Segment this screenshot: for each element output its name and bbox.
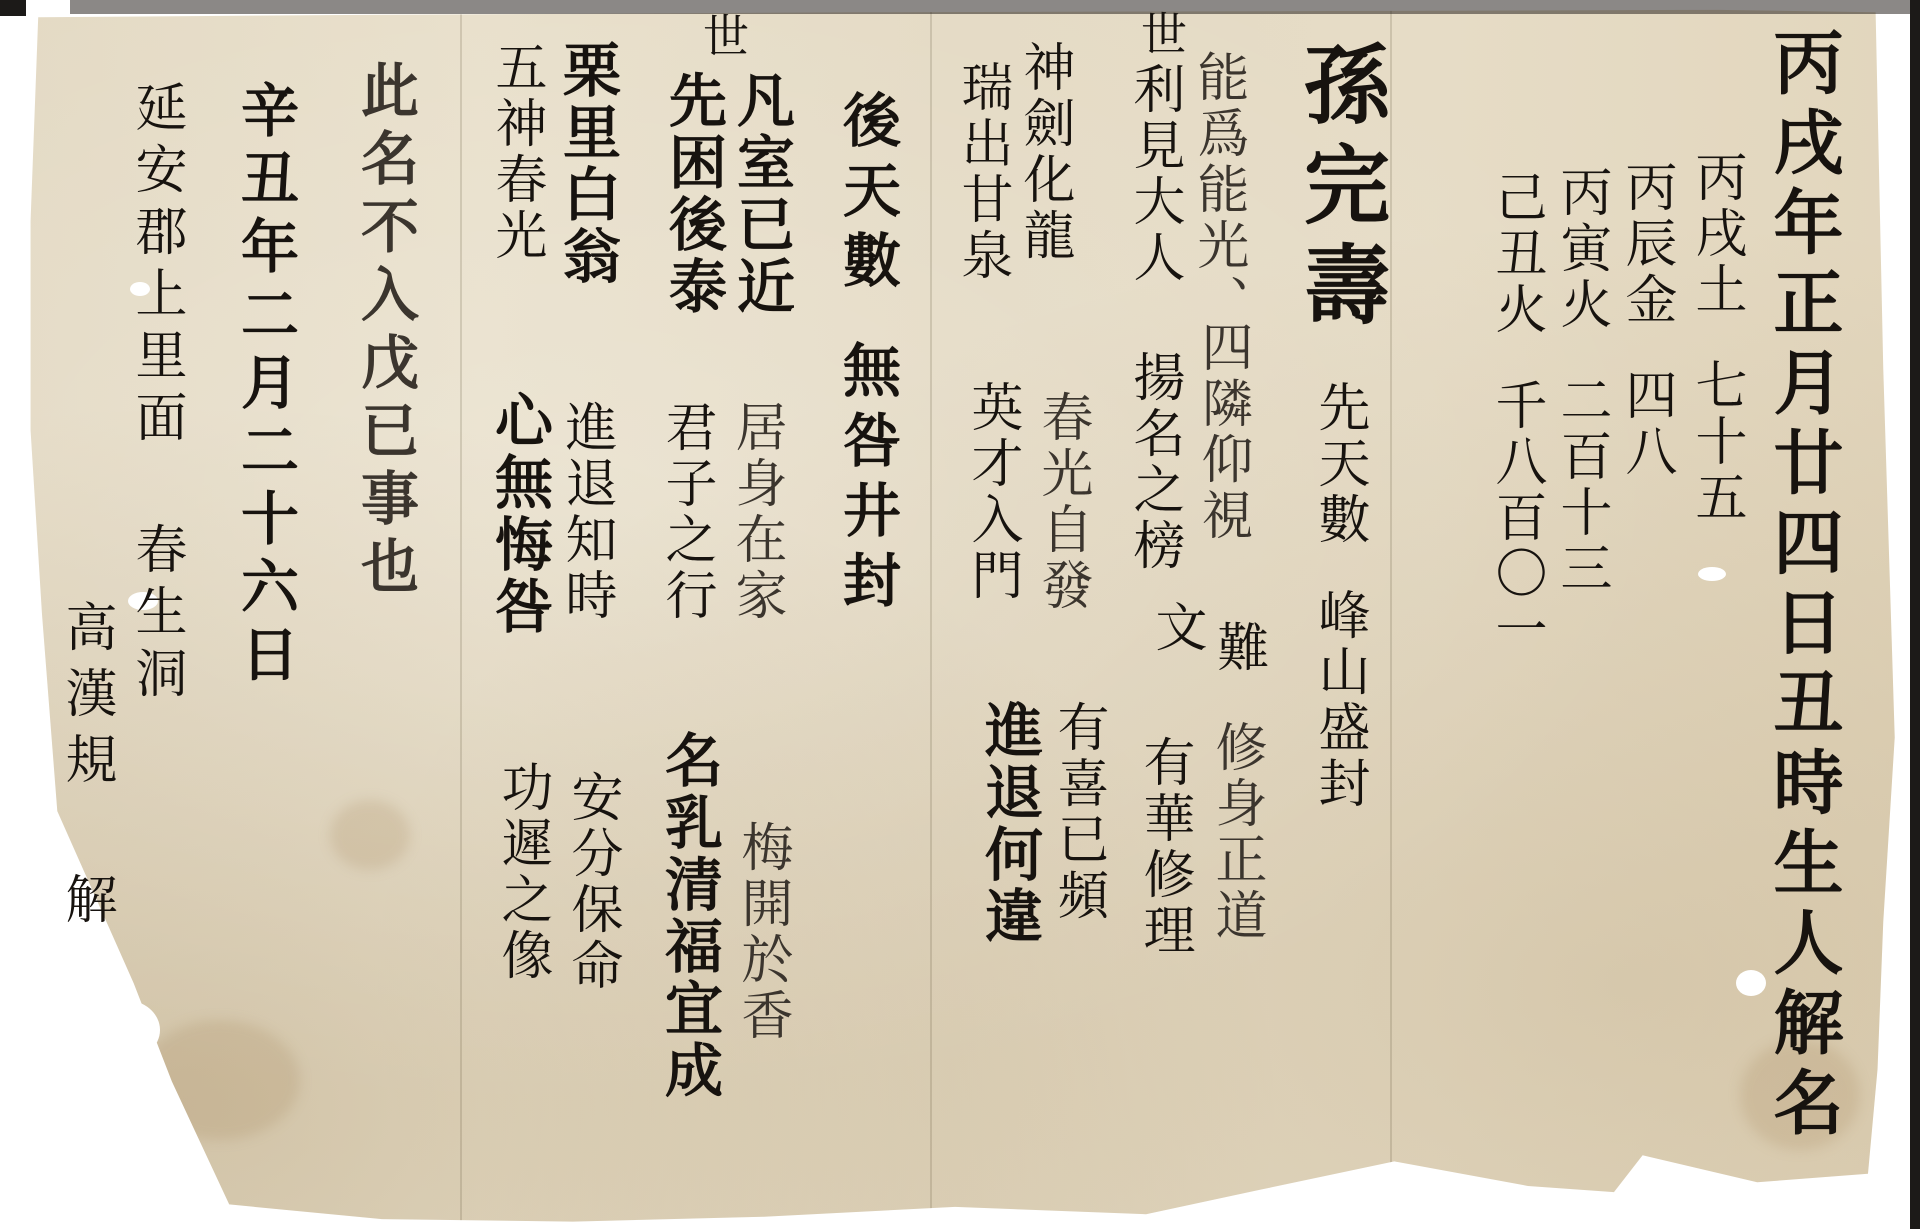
verse-4-line-d: 居身在家 bbox=[730, 400, 782, 624]
document-author: 高漢規 解 bbox=[60, 600, 112, 938]
scan-edge bbox=[70, 0, 1920, 14]
formula-label: 先天數 bbox=[1309, 380, 1369, 548]
pillar: 丙辰金 bbox=[1616, 160, 1676, 328]
verse-1-line-f: 難 bbox=[1212, 620, 1264, 676]
verse-1-line-a: 利見大人 bbox=[1128, 62, 1180, 286]
pillar: 丙寅火 bbox=[1551, 165, 1611, 333]
verse-1-line-c: 揚名之榜 bbox=[1128, 350, 1180, 574]
birth-chart-row-2: 丙辰金四八 bbox=[1620, 160, 1672, 480]
person-name: 孫完壽 bbox=[1289, 40, 1390, 340]
verse-4-line-e: 名乳清福宜成 bbox=[660, 730, 718, 1102]
document-place: 延安郡上里面 春生洞 bbox=[130, 80, 182, 708]
verse-5-line-f: 安分保命 bbox=[566, 770, 618, 994]
scan-edge bbox=[1910, 0, 1920, 1229]
formula-value: 峰山盛封 bbox=[1309, 588, 1369, 812]
verse-3-column: 後天數無咎井封 bbox=[838, 90, 896, 620]
fold-line bbox=[930, 0, 932, 1229]
verse-2-line-d: 春光自發 bbox=[1036, 390, 1088, 614]
verse-4-line-a: 先困後泰 bbox=[664, 70, 722, 318]
fold-line bbox=[460, 0, 462, 1229]
main-reading-column: 孫完壽先天數峰山盛封 bbox=[1296, 40, 1382, 812]
number: 七十五 bbox=[1686, 358, 1746, 526]
water-stain bbox=[330, 800, 410, 870]
verse-5-line-e: 功遲之像 bbox=[496, 760, 548, 984]
birth-chart-row-4: 己丑火千八百〇一 bbox=[1490, 170, 1542, 658]
pillar: 己丑火 bbox=[1486, 170, 1546, 338]
verse-5-line-d: 進退知時 bbox=[560, 400, 612, 624]
number: 四八 bbox=[1616, 368, 1676, 480]
document-title: 丙戌年正月廿四日丑時生人解名 bbox=[1768, 26, 1838, 1146]
verse-2-line-c: 英才入門 bbox=[966, 380, 1018, 604]
verse-1-line-b: 能爲能光、 bbox=[1192, 50, 1244, 330]
verse-1-line-e: 文 bbox=[1150, 600, 1202, 656]
birth-chart-row-1: 丙戌土七十五 bbox=[1690, 150, 1742, 526]
number: 千八百〇一 bbox=[1486, 378, 1546, 658]
verse-5-line-b: 栗里白翁 bbox=[558, 40, 616, 288]
scan-edge bbox=[0, 0, 26, 16]
verse-4-line-c: 君子之行 bbox=[660, 400, 712, 624]
verse-2-line-e: 進退何違 bbox=[980, 700, 1038, 948]
verse-1-line-g: 有華修理 bbox=[1138, 735, 1190, 959]
pillar: 丙戌土 bbox=[1686, 150, 1746, 318]
verse-2-line-a: 瑞出甘泉 bbox=[956, 60, 1008, 284]
verse-5-line-a: 五神春光 bbox=[490, 40, 542, 264]
verse-marker: 世 bbox=[700, 12, 746, 62]
later-heaven-label: 後天數 bbox=[833, 90, 901, 300]
paper-hole bbox=[1698, 567, 1726, 581]
verse-marker: 世 bbox=[1138, 10, 1184, 60]
verse-1-line-d: 四隣仰視 bbox=[1196, 320, 1248, 544]
verse-5-line-c: 心無悔咎 bbox=[490, 390, 548, 638]
verse-2-line-f: 有喜已頻 bbox=[1052, 700, 1104, 924]
birth-chart-row-3: 丙寅火二百十三 bbox=[1555, 165, 1607, 597]
verse-1-line-h: 修身正道 bbox=[1210, 720, 1262, 944]
document-date: 辛丑年二月二十六日 bbox=[236, 80, 294, 692]
verse-4-line-f: 梅開於香 bbox=[736, 820, 788, 1044]
number: 二百十三 bbox=[1551, 373, 1611, 597]
fold-line bbox=[1390, 0, 1392, 1229]
verse-4-line-b: 凡室已近 bbox=[732, 70, 790, 318]
verse-2-line-b: 神劍化龍 bbox=[1018, 40, 1070, 264]
later-heaven-value: 無咎井封 bbox=[833, 340, 901, 620]
paper-hole bbox=[90, 1000, 160, 1060]
verse-6-line-a: 此名不入戊已事也 bbox=[356, 60, 414, 604]
